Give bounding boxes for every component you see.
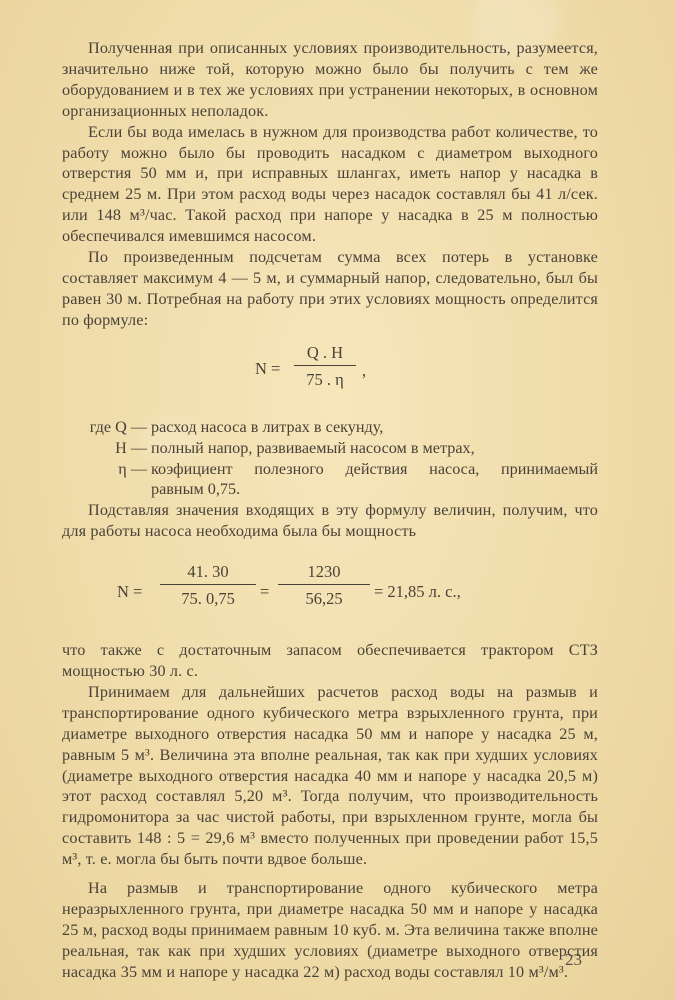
calc-numerator-1: 41. 30: [160, 562, 256, 585]
calc-lhs: N =: [117, 582, 142, 602]
paragraph-water-supply: Если бы вода имелась в нужном для произв…: [62, 122, 598, 247]
paragraph-dense-soil: На размыв и транспортирование одного куб…: [62, 878, 598, 983]
book-page: Полученная при описанных условиях произв…: [62, 38, 598, 983]
calc-denominator-1: 75. 0,75: [160, 585, 256, 609]
page-number: 23: [565, 950, 582, 970]
legend-row-eta: η — коэфициент полезного действия насоса…: [62, 459, 598, 480]
calc-denominator-2: 56,25: [278, 585, 370, 609]
formula-comma: ,: [362, 361, 366, 381]
legend-symbol: η —: [62, 459, 147, 480]
calc-fraction-2: 1230 56,25: [278, 562, 370, 609]
power-calculation: N = 41. 30 75. 0,75 = 1230 56,25 = 21,85…: [62, 556, 598, 632]
paragraph-tractor: что также с достаточным запасом обеспечи…: [62, 640, 598, 682]
formula-denominator: 75 . η: [294, 366, 356, 390]
legend-text: полный напор, развиваемый насосом в метр…: [147, 438, 598, 459]
formula-lhs: N =: [255, 359, 280, 379]
power-formula: N = Q . H 75 . η ,: [62, 339, 598, 405]
formula-numerator: Q . H: [294, 343, 356, 366]
legend-text: коэфициент полезного действия насоса, пр…: [147, 459, 598, 480]
paragraph-losses: По произведенным подсчетам сумма всех по…: [62, 247, 598, 331]
calc-fraction-1: 41. 30 75. 0,75: [160, 562, 256, 609]
paragraph-loosened-soil: Принимаем для дальнейших расчетов расход…: [62, 682, 598, 870]
formula-legend: где Q — расход насоса в литрах в секунду…: [62, 417, 598, 501]
legend-text: расход насоса в литрах в секунду,: [147, 417, 598, 438]
legend-row-h: H — полный напор, развиваемый насосом в …: [62, 438, 598, 459]
paragraph-productivity: Полученная при описанных условиях произв…: [62, 38, 598, 122]
legend-row-q: где Q — расход насоса в литрах в секунду…: [62, 417, 598, 438]
calc-result: = 21,85 л. с.,: [374, 582, 461, 602]
legend-symbol: где Q —: [62, 417, 147, 438]
paragraph-substitution: Подставляя значения входящих в эту форму…: [62, 500, 598, 542]
calc-equals: =: [260, 582, 269, 602]
formula-fraction: Q . H 75 . η: [294, 343, 356, 390]
legend-continuation: равным 0,75.: [62, 479, 598, 500]
legend-symbol: H —: [62, 438, 147, 459]
calc-numerator-2: 1230: [278, 562, 370, 585]
